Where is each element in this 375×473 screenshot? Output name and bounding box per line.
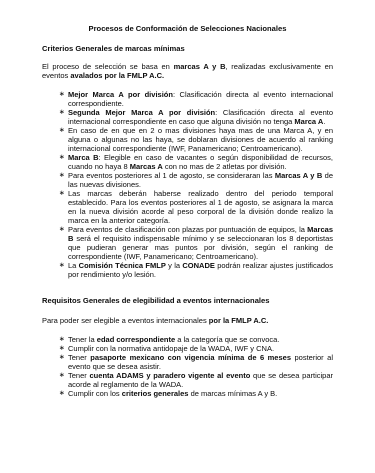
- list-item: ∗Marca B: Elegible en caso de vacantes o…: [42, 153, 333, 171]
- section-heading-criterios: Criterios Generales de marcas mínimas: [42, 44, 333, 53]
- list-item: ∗Tener pasaporte mexicano con vigencia m…: [42, 353, 333, 371]
- list-item: ∗Para eventos posteriores al 1 de agosto…: [42, 171, 333, 189]
- list-item: ∗Segunda Mejor Marca A por división: Cla…: [42, 108, 333, 126]
- bullet-icon: ∗: [59, 153, 65, 162]
- bullet-icon: ∗: [59, 171, 65, 180]
- list-item: ∗Tener la edad correspondiente a la cate…: [42, 335, 333, 344]
- list-item-text: Las marcas deberán haberse realizado den…: [68, 189, 333, 225]
- list-item: ∗Tener cuenta ADAMS y paradero vigente a…: [42, 371, 333, 389]
- document-page: Procesos de Conformación de Selecciones …: [0, 0, 375, 473]
- bullet-icon: ∗: [59, 261, 65, 270]
- bullet-icon: ∗: [59, 189, 65, 198]
- list-item-text: En caso de en que en 2 o mas divisiones …: [68, 126, 333, 153]
- list-item-text: Cumplir con los criterios generales de m…: [68, 389, 277, 398]
- section-criterios: Criterios Generales de marcas mínimas El…: [42, 44, 333, 279]
- bullet-icon: ∗: [59, 335, 65, 344]
- bullet-list-criterios: ∗Mejor Marca A por división: Clasificaci…: [42, 90, 333, 279]
- list-item: ∗Las marcas deberán haberse realizado de…: [42, 189, 333, 225]
- list-item: ∗Cumplir con la normativa antidopaje de …: [42, 344, 333, 353]
- section-requisitos: Requisitos Generales de elegibilidad a e…: [42, 296, 333, 398]
- list-item: ∗Mejor Marca A por división: Clasificaci…: [42, 90, 333, 108]
- bullet-icon: ∗: [59, 353, 65, 362]
- bullet-icon: ∗: [59, 225, 65, 234]
- list-item-text: Tener cuenta ADAMS y paradero vigente al…: [68, 371, 333, 389]
- document-title: Procesos de Conformación de Selecciones …: [42, 24, 333, 33]
- section-intro-requisitos: Para poder ser elegible a eventos intern…: [42, 316, 333, 325]
- section-intro-criterios: El proceso de selección se basa en marca…: [42, 62, 333, 80]
- bullet-icon: ∗: [59, 389, 65, 398]
- bullet-icon: ∗: [59, 344, 65, 353]
- list-item-text: Segunda Mejor Marca A por división: Clas…: [68, 108, 333, 126]
- bullet-icon: ∗: [59, 90, 65, 99]
- list-item-text: Tener pasaporte mexicano con vigencia mí…: [68, 353, 333, 371]
- list-item: ∗En caso de en que en 2 o mas divisiones…: [42, 126, 333, 153]
- list-item-text: Para eventos posteriores al 1 de agosto,…: [68, 171, 333, 189]
- bullet-icon: ∗: [59, 371, 65, 380]
- list-item-text: Para eventos de clasificación con plazas…: [68, 225, 333, 261]
- bullet-icon: ∗: [59, 108, 65, 117]
- section-heading-requisitos: Requisitos Generales de elegibilidad a e…: [42, 296, 333, 305]
- list-item: ∗Cumplir con los criterios generales de …: [42, 389, 333, 398]
- list-item: ∗La Comisión Técnica FMLP y la CONADE po…: [42, 261, 333, 279]
- list-item-text: Cumplir con la normativa antidopaje de l…: [68, 344, 274, 353]
- bullet-icon: ∗: [59, 126, 65, 135]
- list-item: ∗Para eventos de clasificación con plaza…: [42, 225, 333, 261]
- list-item-text: Tener la edad correspondiente a la categ…: [68, 335, 279, 344]
- list-item-text: La Comisión Técnica FMLP y la CONADE pod…: [68, 261, 333, 279]
- list-item-text: Mejor Marca A por división: Clasificació…: [68, 90, 333, 108]
- bullet-list-requisitos: ∗Tener la edad correspondiente a la cate…: [42, 335, 333, 398]
- list-item-text: Marca B: Elegible en caso de vacantes o …: [68, 153, 333, 171]
